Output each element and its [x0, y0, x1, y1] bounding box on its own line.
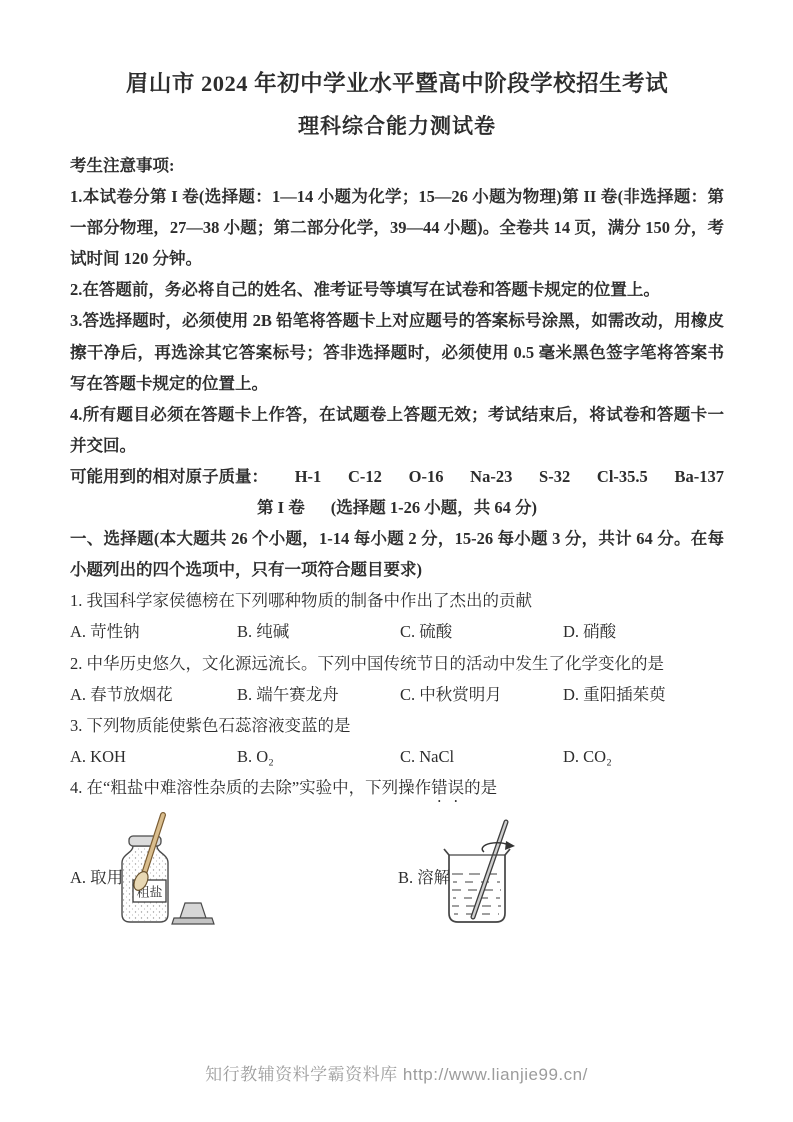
question-2-option-b: B. 端午赛龙舟: [237, 679, 400, 710]
bottle-stopper: [172, 903, 214, 924]
atomic-mass-line: 可能用到的相对原子质量： H-1 C-12 O-16 Na-23 S-32 Cl…: [70, 461, 724, 492]
atomic-mass-h: H-1: [295, 461, 322, 492]
question-1-stem: 1. 我国科学家侯德榜在下列哪种物质的制备中作出了杰出的贡献: [70, 585, 724, 616]
question-2-option-a: A. 春节放烟花: [70, 679, 237, 710]
atomic-mass-ba: Ba-137: [675, 461, 725, 492]
atomic-mass-na: Na-23: [470, 461, 512, 492]
page-title: 眉山市 2024 年初中学业水平暨高中阶段学校招生考试: [70, 70, 724, 97]
bottle-with-spoon-and-stopper-figure: 粗盐: [116, 808, 216, 928]
question-2-option-d: D. 重阳插茱萸: [563, 679, 724, 710]
question-3-option-c: C. NaCl: [400, 741, 563, 772]
notice-item-1: 1.本试卷分第 I 卷(选择题：1—14 小题为化学；15—26 小题为物理)第…: [70, 181, 724, 274]
notice-heading: 考生注意事项:: [70, 150, 724, 181]
question-3-stem: 3. 下列物质能使紫色石蕊溶液变蓝的是: [70, 710, 724, 741]
notice-item-2: 2.在答题前，务必将自己的姓名、准考证号等填写在试卷和答题卡规定的位置上。: [70, 274, 724, 305]
atomic-mass-c: C-12: [348, 461, 382, 492]
beaker-with-stirring-rod-figure: [442, 814, 522, 926]
stirring-rod-icon: [473, 822, 506, 917]
page-subtitle: 理科综合能力测试卷: [70, 113, 724, 139]
question-2-option-c: C. 中秋赏明月: [400, 679, 563, 710]
atomic-mass-cl: Cl-35.5: [597, 461, 648, 492]
question-4-stem-emphasis: 错误: [431, 778, 464, 797]
question-1-option-c: C. 硫酸: [400, 616, 563, 647]
section-1-volume: 第 I 卷: [257, 498, 305, 517]
atomic-mass-label: 可能用到的相对原子质量：: [70, 461, 268, 492]
question-3-option-a: A. KOH: [70, 741, 237, 772]
question-4-stem-pre: 4. 在“粗盐中难溶性杂质的去除”实验中，下列操作: [70, 778, 431, 797]
notice-item-3: 3.答选择题时，必须使用 2B 铅笔将答题卡上对应题号的答案标号涂黑，如需改动，…: [70, 305, 724, 398]
question-3-options: A. KOH B. O₂ C. NaCl D. CO₂: [70, 741, 724, 772]
question-2-stem: 2. 中华历史悠久，文化源远流长。下列中国传统节日的活动中发生了化学变化的是: [70, 648, 724, 679]
question-1-options: A. 苛性钠 B. 纯碱 C. 硫酸 D. 硝酸: [70, 616, 724, 647]
question-4-stem-post: 的是: [464, 778, 497, 797]
section-1-subtitle: (选择题 1-26 小题，共 64 分): [331, 498, 537, 517]
question-2-options: A. 春节放烟花 B. 端午赛龙舟 C. 中秋赏明月 D. 重阳插茱萸: [70, 679, 724, 710]
question-4-stem: 4. 在“粗盐中难溶性杂质的去除”实验中，下列操作错误的是: [70, 772, 724, 806]
question-1-option-b: B. 纯碱: [237, 616, 400, 647]
atomic-mass-s: S-32: [539, 461, 570, 492]
question-3-option-b: B. O₂: [237, 741, 400, 772]
question-4-figures: A. 取用 粗盐: [70, 806, 724, 966]
page-content: 眉山市 2024 年初中学业水平暨高中阶段学校招生考试 理科综合能力测试卷 考生…: [70, 70, 724, 966]
notice-item-4: 4.所有题目必须在答题卡上作答，在试题卷上答题无效；考试结束后，将试卷和答题卡一…: [70, 399, 724, 461]
question-1-option-a: A. 苛性钠: [70, 616, 237, 647]
multiple-choice-header: 一、选择题(本大题共 26 个小题，1-14 每小题 2 分，15-26 每小题…: [70, 523, 724, 585]
watermark-footer: 知行教辅资料学霸资料库 http://www.lianjie99.cn/: [0, 1060, 793, 1085]
atomic-mass-o: O-16: [409, 461, 444, 492]
section-1-title: 第 I 卷(选择题 1-26 小题，共 64 分): [70, 492, 724, 523]
question-3-option-d: D. CO₂: [563, 741, 724, 772]
question-1-option-d: D. 硝酸: [563, 616, 724, 647]
